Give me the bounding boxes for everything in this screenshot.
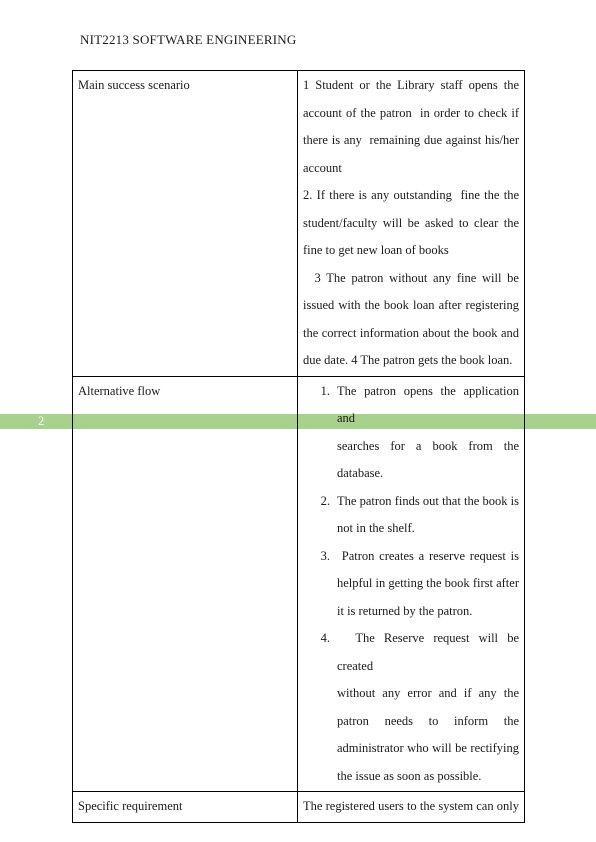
text-line: helpful in getting the book first after: [337, 570, 519, 598]
text-line: fine to get new loan of books: [303, 237, 519, 265]
table-row: Specific requirementThe registered users…: [73, 792, 525, 823]
page-number: 2: [38, 414, 44, 429]
list-item-number: 1.: [313, 378, 330, 406]
text-line: The patron opens the application and: [337, 378, 519, 433]
text-line: it is returned by the patron.: [337, 598, 519, 626]
text-line: student/faculty will be asked to clear t…: [303, 210, 519, 238]
paragraph: 2. If there is any outstanding fine the …: [303, 182, 519, 265]
list-item-number: 2.: [313, 488, 330, 516]
list-item-number: 3.: [313, 543, 330, 571]
text-line: the correct information about the book a…: [303, 320, 519, 348]
text-line: patron needs to inform the: [337, 708, 519, 736]
row-label: Main success scenario: [73, 71, 298, 377]
table-row: Alternative flow1.The patron opens the a…: [73, 376, 525, 792]
text-line: there is any remaining due against his/h…: [303, 127, 519, 155]
text-line: issued with the book loan after register…: [303, 292, 519, 320]
text-line: The patron finds out that the book is: [337, 488, 519, 516]
text-line: database.: [337, 460, 519, 488]
row-content: 1.The patron opens the application andse…: [298, 376, 525, 792]
use-case-table-body: Main success scenario1 Student or the Li…: [73, 71, 525, 823]
course-header-title: NIT2213 SOFTWARE ENGINEERING: [80, 32, 296, 48]
text-line: the issue as soon as possible.: [337, 763, 519, 791]
document-page: NIT2213 SOFTWARE ENGINEERING 2 Main succ…: [0, 0, 596, 842]
text-line: account of the patron in order to check …: [303, 100, 519, 128]
text-line: searches for a book from the: [337, 433, 519, 461]
text-line: 3 The patron without any fine will be: [303, 265, 519, 293]
list-item: 1.The patron opens the application andse…: [303, 378, 519, 488]
text-line: without any error and if any the: [337, 680, 519, 708]
table-row: Main success scenario1 Student or the Li…: [73, 71, 525, 377]
row-label: Specific requirement: [73, 792, 298, 823]
text-line: not in the shelf.: [337, 515, 519, 543]
row-content: The registered users to the system can o…: [298, 792, 525, 823]
row-content: 1 Student or the Library staff opens the…: [298, 71, 525, 377]
text-line: 2. If there is any outstanding fine the …: [303, 182, 519, 210]
row-label: Alternative flow: [73, 376, 298, 792]
text-line: The registered users to the system can o…: [303, 793, 519, 821]
text-line: account: [303, 155, 519, 183]
paragraph: 1 Student or the Library staff opens the…: [303, 72, 519, 182]
list-item: 3. Patron creates a reserve request ishe…: [303, 543, 519, 626]
text-line: administrator who will be rectifying: [337, 735, 519, 763]
text-line: 1 Student or the Library staff opens the: [303, 72, 519, 100]
list-item: 2.The patron finds out that the book isn…: [303, 488, 519, 543]
list-item: 4. The Reserve request will be createdwi…: [303, 625, 519, 790]
text-line: The Reserve request will be created: [337, 625, 519, 680]
use-case-table: Main success scenario1 Student or the Li…: [72, 70, 525, 823]
list-item-number: 4.: [313, 625, 330, 653]
text-line: Patron creates a reserve request is: [337, 543, 519, 571]
paragraph: 3 The patron without any fine will beiss…: [303, 265, 519, 375]
text-line: due date. 4 The patron gets the book loa…: [303, 347, 519, 375]
